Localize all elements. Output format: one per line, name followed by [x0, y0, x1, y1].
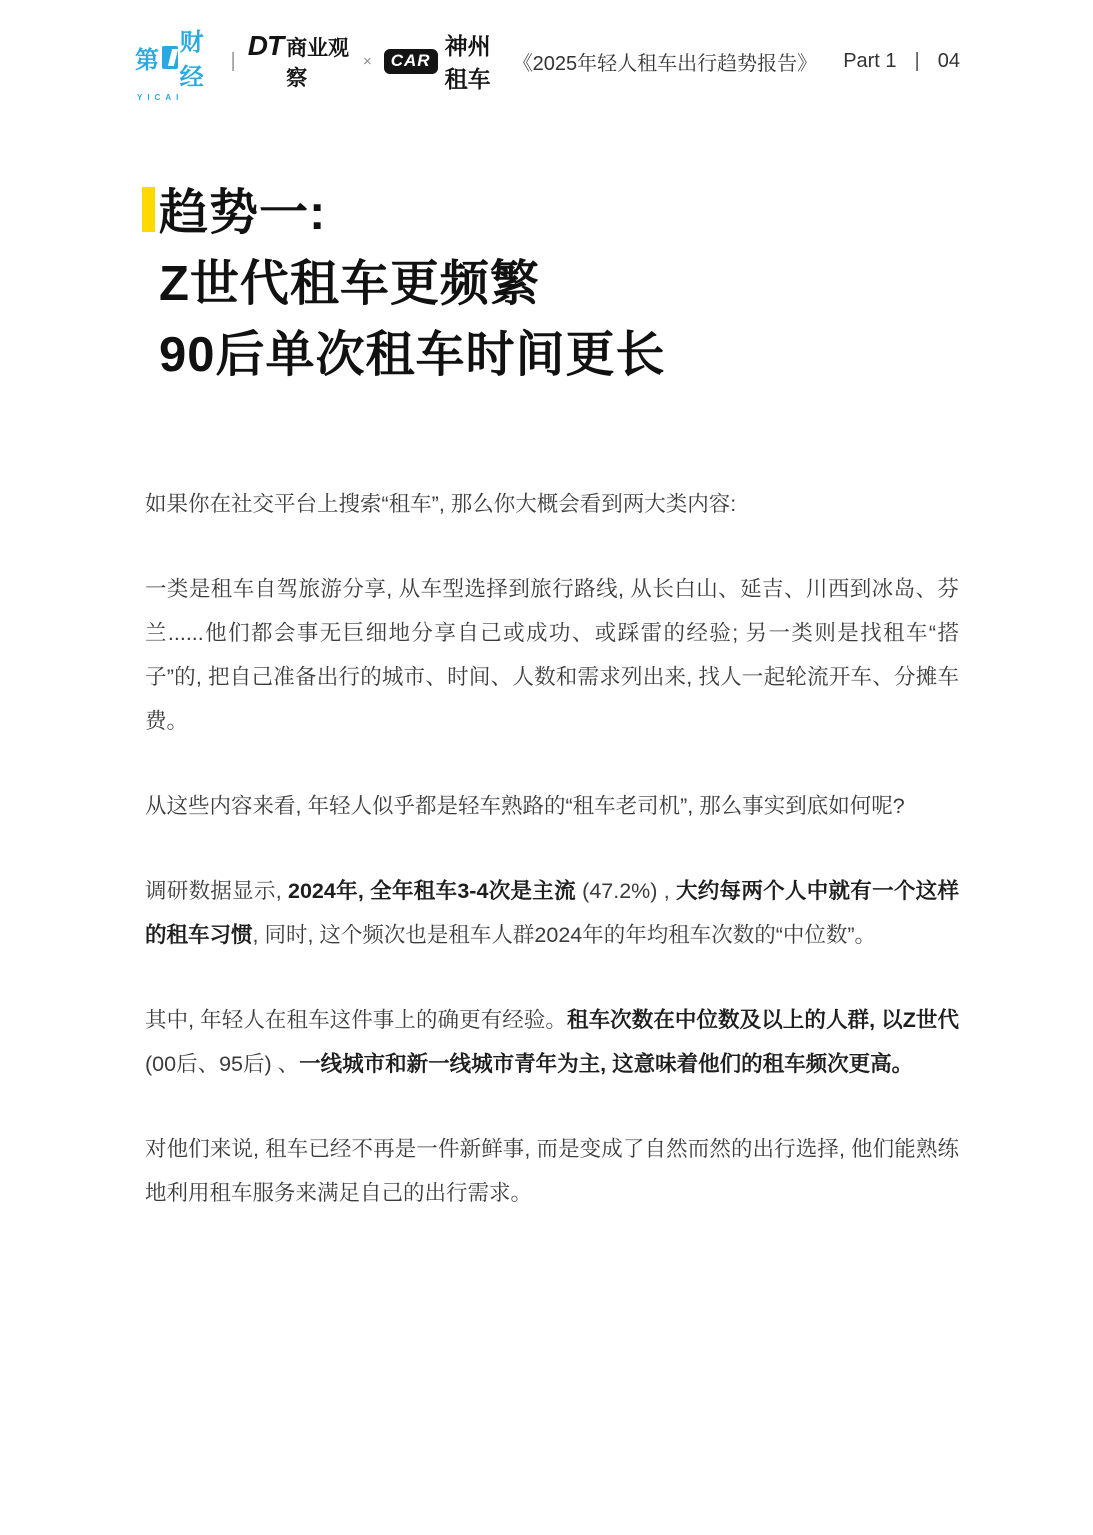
- emphasis-text: 一线城市和新一线城市青年为主, 这意味着他们的租车频次更高。: [299, 1052, 913, 1076]
- logo-row: 第 财经 YICAI | DT 商业观察 × CAR 神州租车: [135, 22, 513, 100]
- car-logo-text: 神州租车: [445, 28, 513, 94]
- car-logo-badge: CAR: [384, 49, 438, 74]
- title-line-3: 90后单次租车时间更长: [159, 320, 666, 391]
- emphasis-text: 租车次数在中位数及以上的人群, 以Z世代: [567, 1008, 959, 1032]
- yicai-logo: 第 财经 YICAI: [135, 22, 219, 100]
- section-title: 趋势一: Z世代租车更频繁 90后单次租车时间更长: [159, 178, 666, 391]
- report-page: 第 财经 YICAI | DT 商业观察 × CAR 神州租车 《2025年轻人…: [0, 0, 1093, 1535]
- accent-bar: [142, 187, 155, 232]
- body-text: 调研数据显示,: [145, 879, 288, 903]
- body-text: , 同时, 这个频次也是租车人群2024年的年均租车次数的“中位数”。: [253, 923, 877, 947]
- body-paragraph: 如果你在社交平台上搜索“租车”, 那么你大概会看到两大类内容:: [145, 482, 959, 526]
- meta-divider: |: [915, 50, 920, 73]
- body-text: (00后、95后) 、: [145, 1052, 299, 1076]
- body-paragraph: 从这些内容来看, 年轻人似乎都是轻车熟路的“租车老司机”, 那么事实到底如何呢?: [145, 784, 959, 828]
- emphasis-text: 2024年, 全年租车3-4次是主流: [288, 879, 576, 903]
- yicai-logo-prefix: 第: [135, 40, 160, 75]
- body-paragraph: 对他们来说, 租车已经不再是一件新鲜事, 而是变成了自然而然的出行选择, 他们能…: [145, 1127, 959, 1215]
- yicai-logo-suffix: 财经: [180, 22, 219, 92]
- body-text: 一类是租车自驾旅游分享, 从车型选择到旅行路线, 从长白山、延吉、川西到冰岛、芬…: [145, 577, 959, 733]
- section-title-block: 趋势一: Z世代租车更频繁 90后单次租车时间更长: [142, 178, 666, 391]
- title-line-2: Z世代租车更频繁: [159, 249, 666, 320]
- header-meta: 《2025年轻人租车出行趋势报告》 Part 1 | 04: [513, 47, 960, 76]
- body-text: 对他们来说, 租车已经不再是一件新鲜事, 而是变成了自然而然的出行选择, 他们能…: [145, 1137, 959, 1205]
- body-text: 其中, 年轻人在租车这件事上的确更有经验。: [145, 1008, 567, 1032]
- body-text: 从这些内容来看, 年轻人似乎都是轻车熟路的“租车老司机”, 那么事实到底如何呢?: [145, 794, 905, 818]
- yicai-logo-subtext: YICAI: [137, 93, 183, 102]
- yicai-mark-icon: [162, 46, 178, 69]
- page-header: 第 财经 YICAI | DT 商业观察 × CAR 神州租车 《2025年轻人…: [135, 40, 960, 82]
- part-label: Part 1: [843, 50, 896, 73]
- dt-logo: DT 商业观察: [248, 30, 351, 92]
- logo-divider: |: [231, 50, 236, 73]
- report-title: 《2025年轻人租车出行趋势报告》: [513, 47, 818, 76]
- body-paragraph: 一类是租车自驾旅游分享, 从车型选择到旅行路线, 从长白山、延吉、川西到冰岛、芬…: [145, 567, 959, 743]
- body-text: (47.2%) ,: [576, 879, 676, 903]
- body-text: 如果你在社交平台上搜索“租车”, 那么你大概会看到两大类内容:: [145, 492, 736, 516]
- page-number: 04: [938, 50, 960, 73]
- body-paragraph: 调研数据显示, 2024年, 全年租车3-4次是主流 (47.2%) , 大约每…: [145, 869, 959, 957]
- title-line-1: 趋势一:: [159, 178, 666, 249]
- dt-logo-text: 商业观察: [286, 32, 351, 92]
- car-logo: CAR 神州租车: [384, 28, 513, 94]
- article-body: 如果你在社交平台上搜索“租车”, 那么你大概会看到两大类内容:一类是租车自驾旅游…: [145, 482, 959, 1256]
- dt-logo-mark: DT: [248, 30, 283, 62]
- body-paragraph: 其中, 年轻人在租车这件事上的确更有经验。租车次数在中位数及以上的人群, 以Z世…: [145, 998, 959, 1086]
- cross-icon: ×: [363, 53, 372, 70]
